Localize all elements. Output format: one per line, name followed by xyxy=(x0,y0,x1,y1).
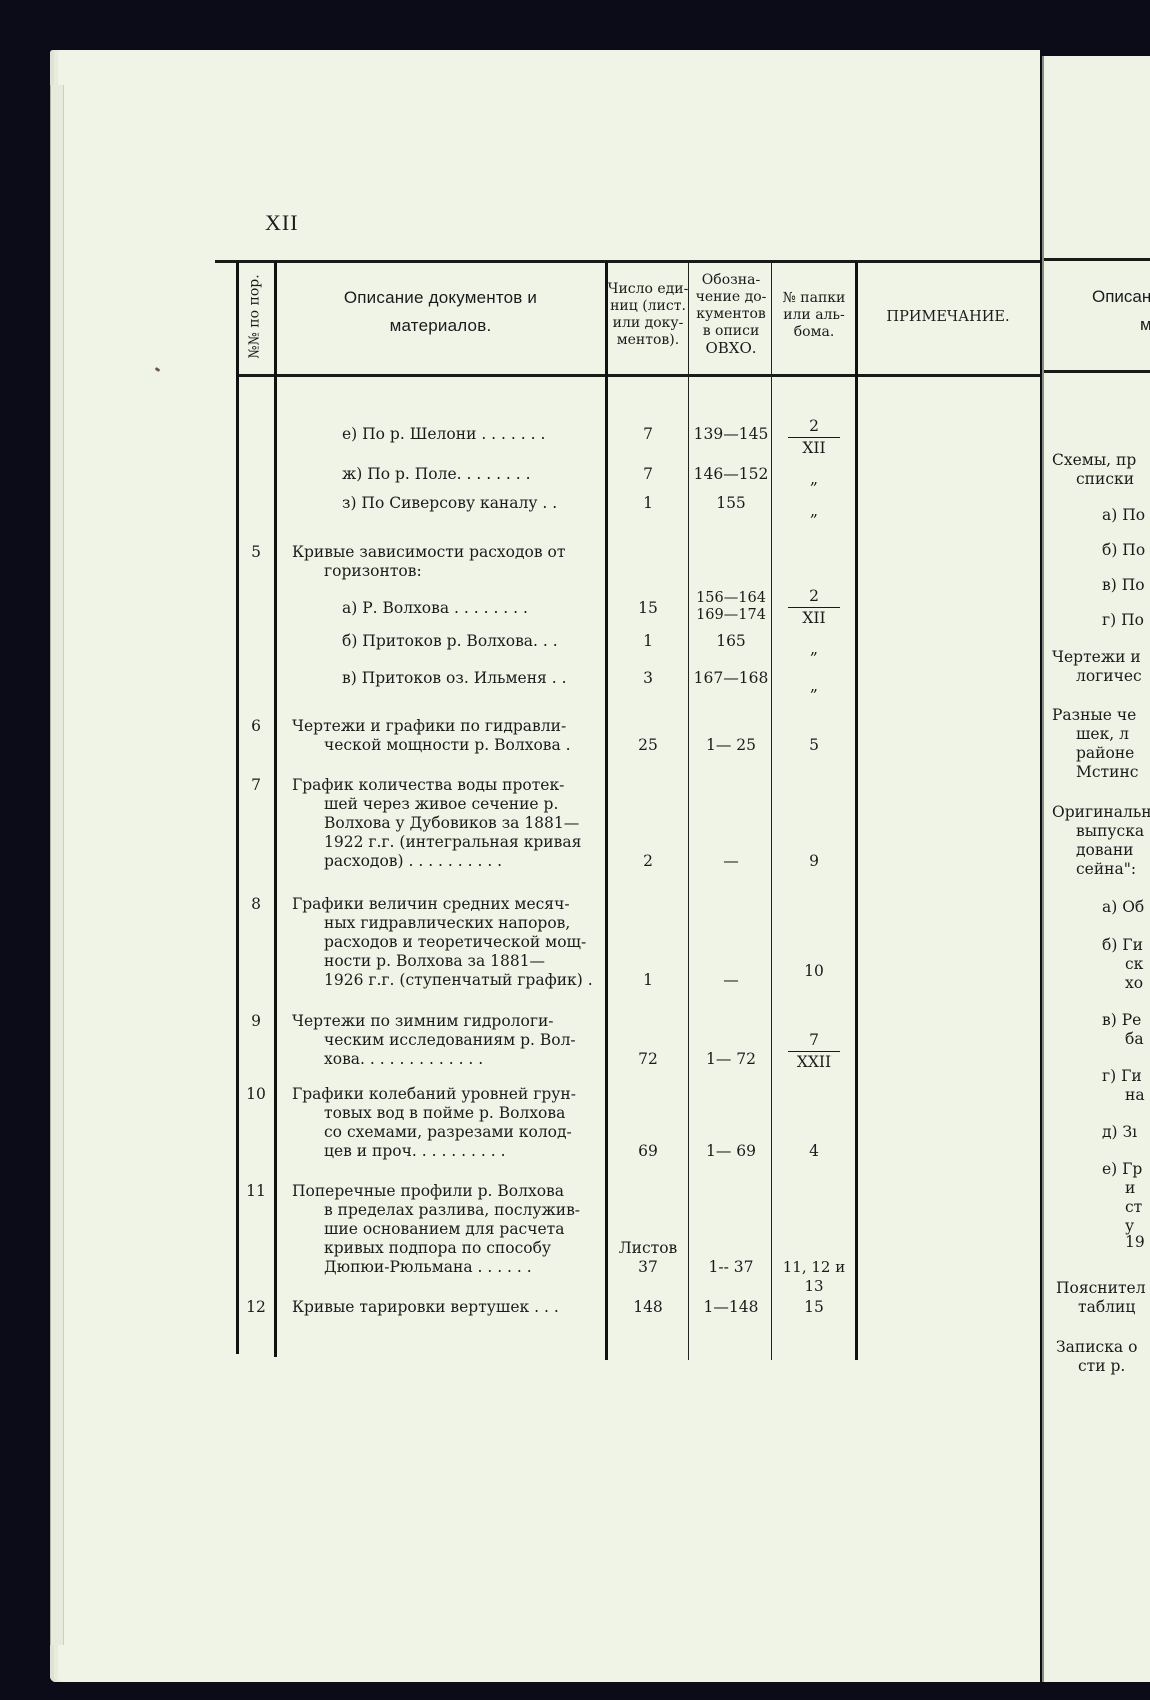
table-row-desc: з) По Сиверсову каналу . . xyxy=(342,494,557,513)
table-row-desc: хова. . . . . . . . . . . . . xyxy=(324,1050,483,1069)
table-row-folder-fraction: 2 XII xyxy=(773,587,855,627)
header-folder: № папки или аль- бома. xyxy=(773,290,855,341)
right-header-description: м xyxy=(1140,311,1150,339)
table-row-desc: Чертежи и графики по гидравли- xyxy=(292,717,566,736)
table-row-number: 6 xyxy=(238,717,274,736)
table-row-desc: со схемами, разрезами колод- xyxy=(324,1123,572,1142)
count-unit-label: Листов xyxy=(607,1239,689,1258)
table-row-desc: в) Притоков оз. Ильменя . . xyxy=(342,669,567,688)
right-page-line: списки xyxy=(1076,470,1134,489)
table-row-desc: горизонтов: xyxy=(324,562,422,581)
table-row-desc: шей через живое сечение р. xyxy=(324,795,558,814)
table-row-designation: 1—148 xyxy=(690,1298,772,1317)
fraction-bar xyxy=(788,437,840,438)
fraction-bar xyxy=(788,607,840,608)
table-row-number: 12 xyxy=(238,1298,274,1317)
table-row-desc: цев и проч. . . . . . . . . . xyxy=(324,1142,506,1161)
table-row-number: 10 xyxy=(238,1085,274,1104)
table-row-desc: Графики величин средних месяч- xyxy=(292,895,570,914)
header-designation: Обозна- чение до- кументов в описи ОВХО. xyxy=(690,272,772,357)
table-row-desc: ности р. Волхова за 1881— xyxy=(324,952,545,971)
right-page-line: на xyxy=(1125,1086,1145,1105)
right-page-line: ст xyxy=(1125,1198,1142,1217)
table-row-desc: Кривые тарировки вертушек . . . xyxy=(292,1298,559,1317)
table-row-count: 7 xyxy=(607,465,689,484)
table-row-designation: 155 xyxy=(690,494,772,513)
table-row-designation: 1— 25 xyxy=(690,736,772,755)
folder-numerator: 2 xyxy=(809,417,819,435)
designation-line: 169—174 xyxy=(690,607,772,624)
table-row-folder: „ xyxy=(773,640,855,659)
table-row-number: 7 xyxy=(238,776,274,795)
table-row-number: 11 xyxy=(238,1182,274,1201)
right-page-line: ба xyxy=(1125,1030,1144,1049)
table-row-desc: Кривые зависимости расходов от xyxy=(292,543,565,562)
count-value: 37 xyxy=(607,1258,689,1277)
right-page-line: ск xyxy=(1125,955,1143,974)
header-folder-line: бома. xyxy=(773,324,855,341)
page-fold-edge xyxy=(50,85,64,1645)
col-divider-no xyxy=(274,262,277,1357)
right-page-line: хо xyxy=(1125,974,1143,993)
table-row-count: 148 xyxy=(607,1298,689,1317)
header-description-line: Описание документов и xyxy=(278,284,603,312)
table-row-desc: расходов и теоретической мощ- xyxy=(324,933,586,952)
right-page-line: г) Ги xyxy=(1102,1067,1142,1086)
table-row-desc: 1922 г.г. (интегральная кривая xyxy=(324,833,581,852)
table-row-folder: 15 xyxy=(773,1298,855,1317)
table-row-folder: „ xyxy=(773,502,855,521)
header-designation-line: кументов xyxy=(690,306,772,323)
table-row-designation: 1— 69 xyxy=(690,1142,772,1161)
right-page-line: Схемы, пр xyxy=(1052,451,1136,470)
right-page-line: Оригинальн xyxy=(1052,803,1150,822)
right-page-line: Мстинс xyxy=(1076,763,1138,782)
header-designation-line: Обозна- xyxy=(690,272,772,289)
header-designation-line: чение до- xyxy=(690,289,772,306)
table-row-designation: — xyxy=(690,971,772,990)
table-row-designation: — xyxy=(690,852,772,871)
col-divider-folder xyxy=(855,262,858,1360)
table-row-desc: товых вод в пойме р. Волхова xyxy=(324,1104,565,1123)
table-row-count: 25 xyxy=(607,736,689,755)
table-row-desc: шие основанием для расчета xyxy=(324,1220,564,1239)
table-row-count: 7 xyxy=(607,425,689,444)
table-row-folder: „ xyxy=(773,470,855,489)
table-row-desc: Графики колебаний уровней грун- xyxy=(292,1085,576,1104)
table-row-desc: График количества воды протек- xyxy=(292,776,564,795)
right-page-line: сти р. xyxy=(1078,1357,1125,1376)
table-row-desc: Дюпюи-Рюльмана . . . . . . xyxy=(324,1258,532,1277)
folder-denominator: XII xyxy=(802,609,825,627)
header-count-line: Число еди- xyxy=(607,281,689,298)
table-row-number: 8 xyxy=(238,895,274,914)
right-page-line: в) По xyxy=(1102,576,1145,595)
right-page-line: б) Ги xyxy=(1102,936,1143,955)
header-note: ПРИМЕЧАНИЕ. xyxy=(858,309,1038,326)
right-page-line: б) По xyxy=(1102,541,1145,560)
header-count: Число еди- ниц (лист. или доку- ментов). xyxy=(607,281,689,349)
table-row-count: 69 xyxy=(607,1142,689,1161)
right-page-line: а) Об xyxy=(1102,898,1144,917)
header-folder-line: № папки xyxy=(773,290,855,307)
right-page-line: Записка о xyxy=(1056,1338,1137,1357)
table-row-desc: в пределах разлива, послужив- xyxy=(324,1201,580,1220)
table-row-folder: 10 xyxy=(773,962,855,981)
right-page-line: 19 xyxy=(1125,1233,1145,1252)
table-row-desc: расходов) . . . . . . . . . . xyxy=(324,852,502,871)
folder-denominator: XXII xyxy=(797,1053,831,1071)
table-row-designation: 156—164 169—174 xyxy=(690,590,772,624)
right-page-line: сейна": xyxy=(1076,860,1136,879)
header-count-line: или доку- xyxy=(607,315,689,332)
header-description: Описание документов и материалов. xyxy=(278,284,603,340)
right-page-line: таблиц xyxy=(1078,1298,1135,1317)
table-row-number: 9 xyxy=(238,1012,274,1031)
table-row-count: 3 xyxy=(607,669,689,688)
table-row-folder: 5 xyxy=(773,736,855,755)
header-designation-line: в описи xyxy=(690,323,772,340)
right-table-top-rule xyxy=(1044,258,1150,261)
fraction-bar xyxy=(788,1051,840,1052)
right-header-description: Описан xyxy=(1092,283,1150,311)
right-page-line: довани xyxy=(1076,841,1134,860)
table-row-desc: е) По р. Шелони . . . . . . . xyxy=(342,425,545,444)
right-page-line: выпуска xyxy=(1076,822,1144,841)
right-page-line: в) Ре xyxy=(1102,1011,1141,1030)
right-page-line: районе xyxy=(1076,744,1134,763)
folder-numerator: 2 xyxy=(809,587,819,605)
table-row-folder: 11, 12 и 13 xyxy=(773,1258,855,1295)
table-row-designation: 167—168 xyxy=(690,669,772,688)
table-row-designation: 146—152 xyxy=(690,465,772,484)
right-page-line: Чертежи и xyxy=(1052,648,1141,667)
right-header-bottom-rule xyxy=(1044,370,1150,373)
header-bottom-rule xyxy=(238,374,1040,377)
header-count-line: ниц (лист. xyxy=(607,298,689,315)
right-page-line: и xyxy=(1125,1179,1135,1198)
table-row-designation: 1-- 37 xyxy=(690,1258,772,1277)
table-row-desc: ческой мощности р. Волхова . xyxy=(324,736,571,755)
table-row-folder: 4 xyxy=(773,1142,855,1161)
right-page-line: е) Гр xyxy=(1102,1160,1142,1179)
table-row-count: 15 xyxy=(607,599,689,618)
table-row-designation: 1— 72 xyxy=(690,1050,772,1069)
table-row-count: 1 xyxy=(607,494,689,513)
table-row-desc: а) Р. Волхова . . . . . . . . xyxy=(342,599,528,618)
folder-numerator: 7 xyxy=(809,1031,819,1049)
table-row-folder-fraction: 7 XXII xyxy=(773,1031,855,1071)
header-count-line: ментов). xyxy=(607,332,689,349)
right-page-line: Разные че xyxy=(1052,706,1136,725)
table-row-designation: 165 xyxy=(690,632,772,651)
header-designation-line: ОВХО. xyxy=(690,340,772,357)
folder-denominator: XII xyxy=(802,439,825,457)
table-row-count: 1 xyxy=(607,632,689,651)
table-row-folder: „ xyxy=(773,677,855,696)
table-row-count: Листов 37 xyxy=(607,1239,689,1276)
header-row-number: №№ по пор. xyxy=(247,272,264,362)
table-row-count: 72 xyxy=(607,1050,689,1069)
table-top-rule xyxy=(215,260,1040,263)
table-row-folder: 9 xyxy=(773,852,855,871)
right-page-line: г) По xyxy=(1102,611,1144,630)
designation-line: 156—164 xyxy=(690,590,772,607)
table-row-number: 5 xyxy=(238,543,274,562)
table-row-desc: 1926 г.г. (ступенчатый график) . xyxy=(324,971,593,990)
right-page-line: д) Зı xyxy=(1102,1123,1137,1142)
table-row-folder-fraction: 2 XII xyxy=(773,417,855,457)
table-row-desc: ных гидравлических напоров, xyxy=(324,914,570,933)
header-description-line: материалов. xyxy=(278,312,603,340)
table-row-desc: б) Притоков р. Волхова. . . xyxy=(342,632,558,651)
table-row-designation: 139—145 xyxy=(690,425,772,444)
table-row-desc: ческим исследованиям р. Вол- xyxy=(324,1031,576,1050)
table-row-desc: Волхова у Дубовиков за 1881— xyxy=(324,814,579,833)
header-folder-line: или аль- xyxy=(773,307,855,324)
right-page-line: Пояснител xyxy=(1056,1279,1146,1298)
right-page-line: логичес xyxy=(1076,667,1142,686)
table-row-count: 1 xyxy=(607,971,689,990)
table-row-desc: Поперечные профили р. Волхова xyxy=(292,1182,564,1201)
table-row-desc: кривых подпора по способу xyxy=(324,1239,551,1258)
table-row-count: 2 xyxy=(607,852,689,871)
right-page-line: шек, л xyxy=(1076,725,1129,744)
page-number: XII xyxy=(265,210,299,236)
table-row-desc: ж) По р. Поле. . . . . . . . xyxy=(342,465,531,484)
table-row-desc: Чертежи по зимним гидрологи- xyxy=(292,1012,554,1031)
right-page-line: а) По xyxy=(1102,506,1145,525)
